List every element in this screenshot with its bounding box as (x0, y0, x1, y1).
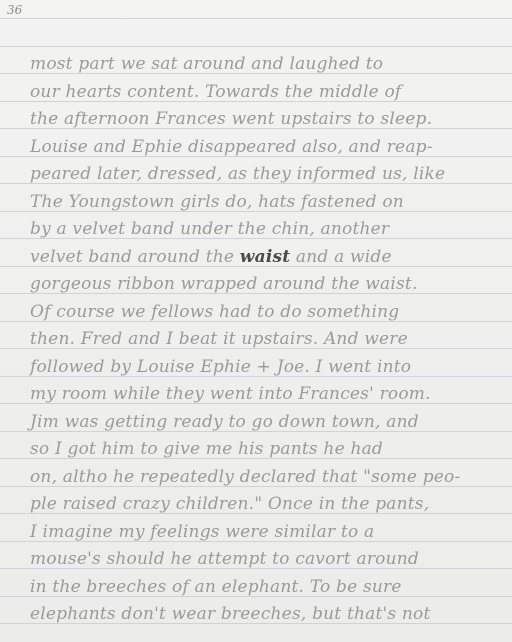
page-number: 36 (7, 3, 22, 17)
text-line: Of course we fellows had to do something (30, 302, 508, 322)
text-line: velvet band around the waist and a wide (30, 247, 508, 267)
text-line: gorgeous ribbon wrapped around the waist… (30, 274, 508, 294)
text-line: peared later, dressed, as they informed … (30, 164, 508, 184)
text-line: my room while they went into Frances' ro… (30, 384, 508, 404)
text-line: then. Fred and I beat it upstairs. And w… (30, 329, 508, 349)
text-line: followed by Louise Ephie + Joe. I went i… (30, 357, 508, 377)
text-line: our hearts content. Towards the middle o… (30, 82, 508, 102)
text-line: Louise and Ephie disappeared also, and r… (30, 137, 508, 157)
text-line: by a velvet band under the chin, another (30, 219, 508, 239)
text-line: the afternoon Frances went upstairs to s… (30, 109, 508, 129)
text-line: I imagine my feelings were similar to a (30, 522, 508, 542)
text-line: elephants don't wear breeches, but that'… (30, 604, 508, 624)
text-line: most part we sat around and laughed to (30, 54, 508, 74)
rule-line (0, 46, 512, 47)
text-line: on, altho he repeatedly declared that "s… (30, 467, 508, 487)
text-line: ple raised crazy children." Once in the … (30, 494, 508, 514)
emphasized-word: waist (240, 247, 291, 267)
text-line: Jim was getting ready to go down town, a… (30, 412, 508, 432)
text-line: mouse's should he attempt to cavort arou… (30, 549, 508, 569)
rule-line (0, 18, 512, 19)
text-line: in the breeches of an elephant. To be su… (30, 577, 508, 597)
notebook-page: 36 most part we sat around and laughed t… (0, 0, 512, 642)
text-line: The Youngstown girls do, hats fastened o… (30, 192, 508, 212)
text-line: so I got him to give me his pants he had (30, 439, 508, 459)
